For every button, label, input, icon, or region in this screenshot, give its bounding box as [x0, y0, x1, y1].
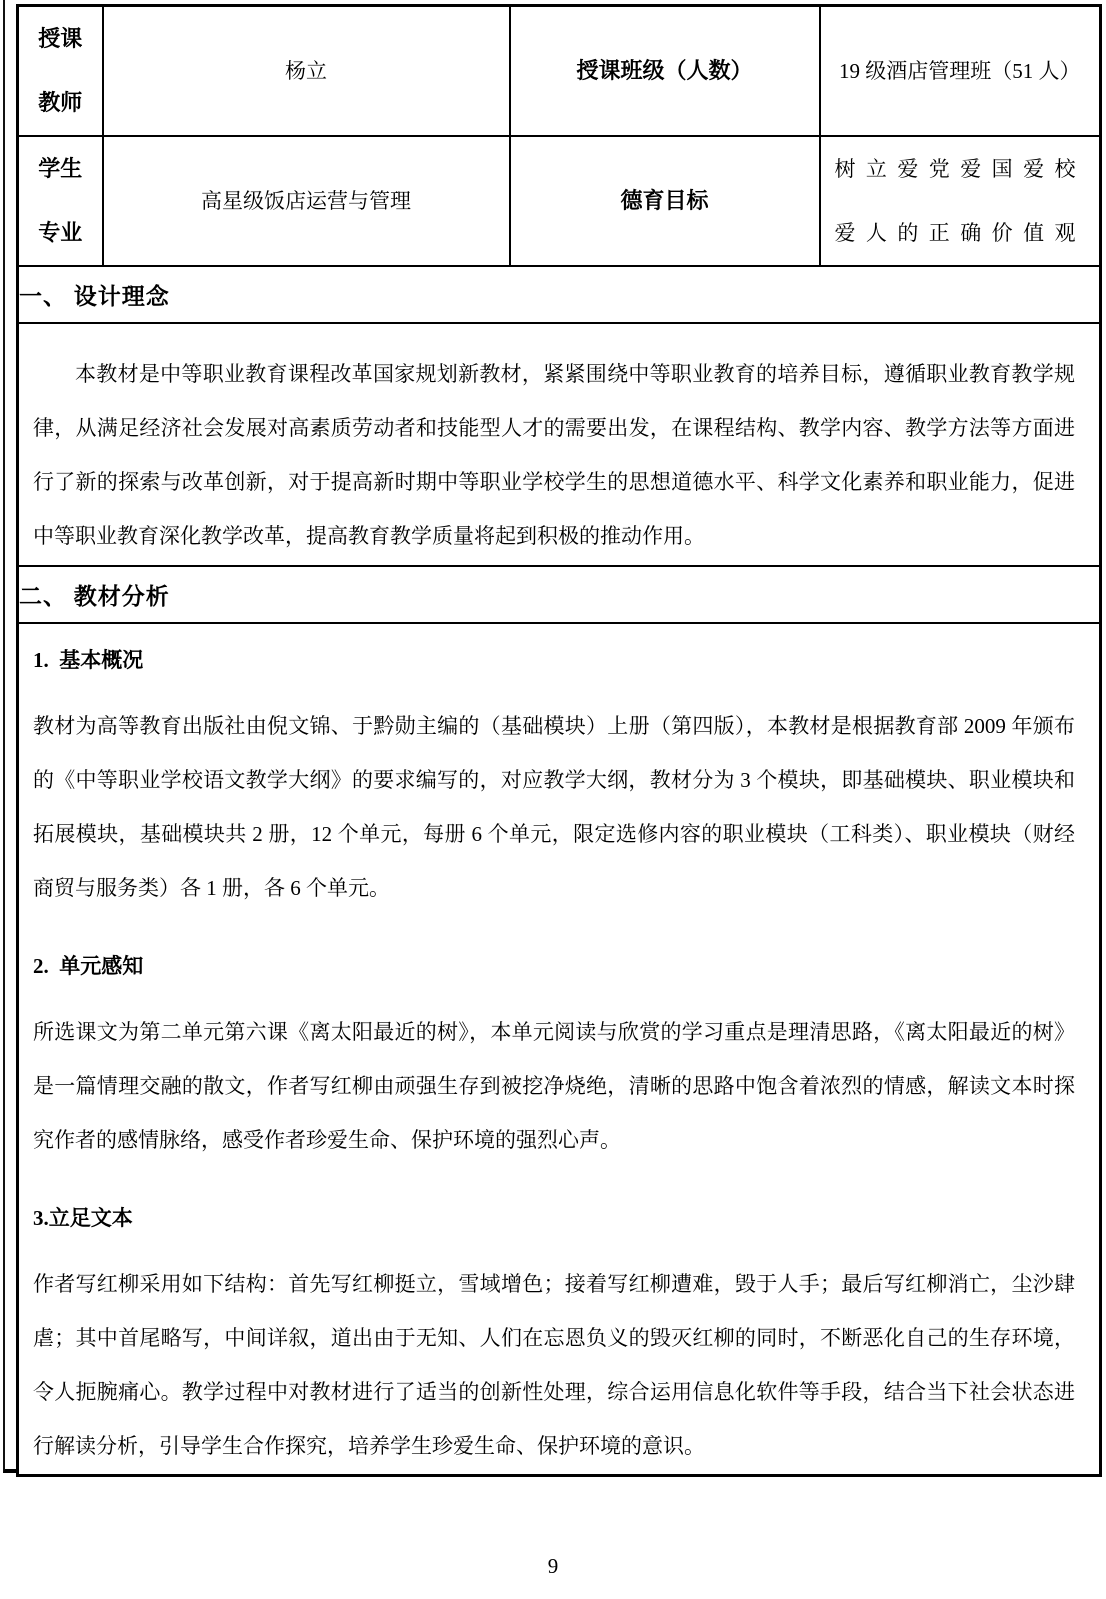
section-title-row: 一、 设计理念 [18, 266, 1101, 323]
teacher-name: 杨立 [103, 6, 510, 137]
class-size-value: 19 级酒店管理班（51 人） [820, 6, 1101, 137]
subsection-3-paragraph: 作者写红柳采用如下结构：首先写红柳挺立，雪域增色；接着写红柳遭难，毁于人手；最后… [33, 1257, 1075, 1473]
major-label: 学生专业 [18, 136, 103, 266]
section-body-row: 本教材是中等职业教育课程改革国家规划新教材，紧紧围绕中等职业教育的培养目标，遵循… [18, 323, 1101, 566]
subsection-2-heading: 2. 单元感知 [33, 951, 1075, 981]
section-body-row: 1. 基本概况 教材为高等教育出版社由倪文锦、于黔勋主编的（基础模块）上册（第四… [18, 623, 1101, 1475]
subsection-1-paragraph: 教材为高等教育出版社由倪文锦、于黔勋主编的（基础模块）上册（第四版），本教材是根… [33, 699, 1075, 915]
page-left-rule [3, 0, 16, 1473]
teacher-label: 授课教师 [18, 6, 103, 137]
section-1-title: 一、 设计理念 [18, 266, 1101, 323]
section-2-body: 1. 基本概况 教材为高等教育出版社由倪文锦、于黔勋主编的（基础模块）上册（第四… [18, 623, 1101, 1475]
table-row: 学生专业 高星级饭店运营与管理 德育目标 树立爱党爱国爱校爱人的正确价值观 [18, 136, 1101, 266]
document-page: 授课教师 杨立 授课班级（人数） 19 级酒店管理班（51 人） 学生专业 高星… [0, 0, 1106, 1599]
subsection-3-heading: 3.立足文本 [33, 1203, 1075, 1233]
section-1-body: 本教材是中等职业教育课程改革国家规划新教材，紧紧围绕中等职业教育的培养目标，遵循… [18, 323, 1101, 566]
section-2-title: 二、 教材分析 [18, 566, 1101, 623]
lesson-plan-table: 授课教师 杨立 授课班级（人数） 19 级酒店管理班（51 人） 学生专业 高星… [16, 4, 1102, 1477]
moral-goal-label: 德育目标 [510, 136, 820, 266]
table-row: 授课教师 杨立 授课班级（人数） 19 级酒店管理班（51 人） [18, 6, 1101, 137]
subsection-1-heading: 1. 基本概况 [33, 645, 1075, 675]
design-concept-paragraph: 本教材是中等职业教育课程改革国家规划新教材，紧紧围绕中等职业教育的培养目标，遵循… [33, 347, 1075, 563]
class-size-label: 授课班级（人数） [510, 6, 820, 137]
subsection-2-paragraph: 所选课文为第二单元第六课《离太阳最近的树》，本单元阅读与欣赏的学习重点是理清思路… [33, 1005, 1075, 1167]
major-value: 高星级饭店运营与管理 [103, 136, 510, 266]
section-title-row: 二、 教材分析 [18, 566, 1101, 623]
page-number: 9 [0, 1554, 1106, 1579]
moral-goal-value: 树立爱党爱国爱校爱人的正确价值观 [820, 136, 1101, 266]
